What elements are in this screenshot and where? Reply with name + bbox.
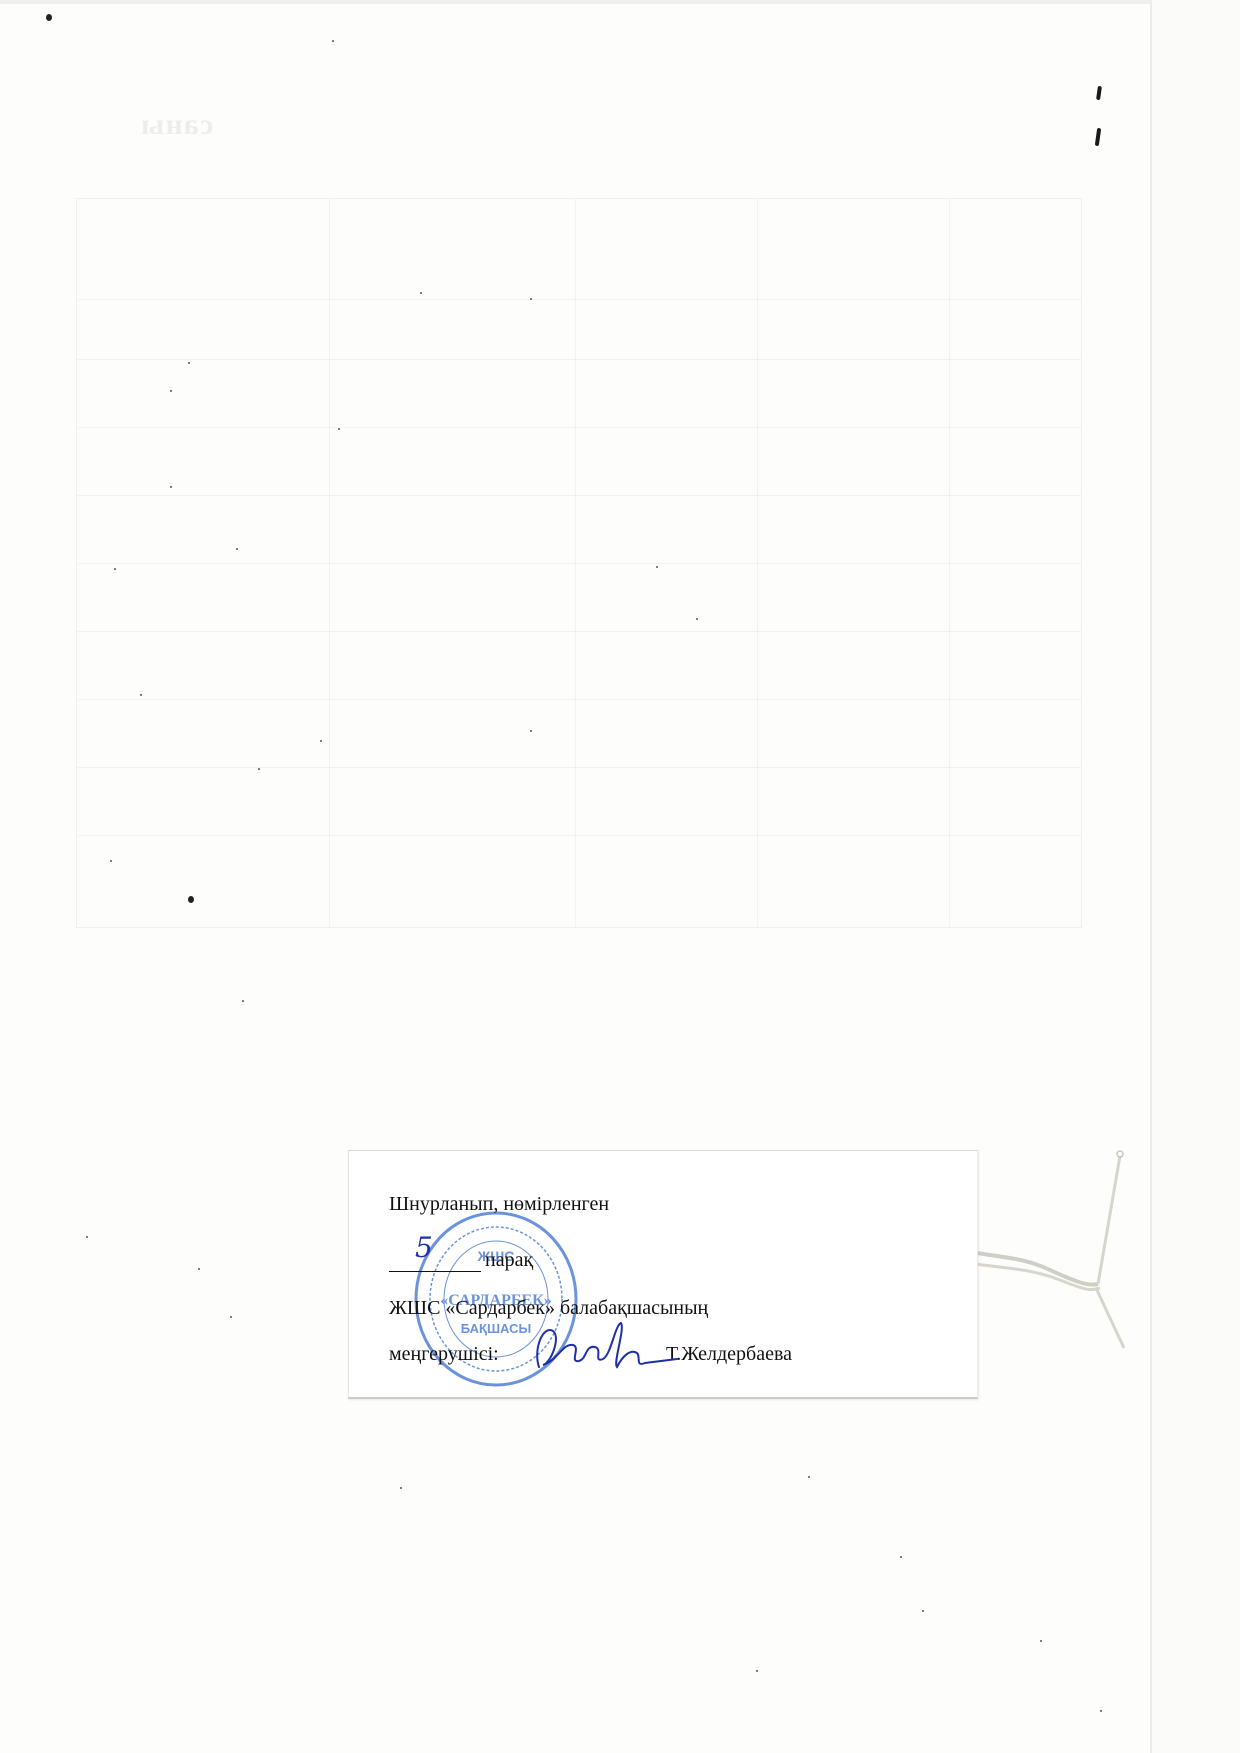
dust-speck bbox=[530, 730, 532, 732]
dust-speck bbox=[808, 1476, 810, 1478]
dust-speck bbox=[338, 428, 340, 430]
dust-speck bbox=[242, 1000, 244, 1002]
bleed-through-table bbox=[76, 198, 1082, 928]
dust-speck bbox=[332, 40, 334, 42]
dust-speck bbox=[320, 740, 322, 742]
dust-speck bbox=[46, 14, 52, 21]
dust-speck bbox=[188, 896, 194, 903]
dust-speck bbox=[900, 1556, 902, 1558]
page-top-edge bbox=[0, 0, 1150, 4]
laced-numbered-text: Шнурланып, нөмірленген bbox=[389, 1193, 609, 1216]
organization-line: ЖШС «Сардарбек» балабақшасының bbox=[389, 1297, 708, 1320]
dust-speck bbox=[922, 1610, 924, 1612]
dust-speck bbox=[258, 768, 260, 770]
dust-speck bbox=[188, 362, 190, 364]
dust-speck bbox=[86, 1236, 88, 1238]
dust-speck bbox=[170, 390, 172, 392]
head-title: меңгерушісі: bbox=[389, 1343, 499, 1365]
dust-speck bbox=[756, 1670, 758, 1672]
dust-speck bbox=[1040, 1640, 1042, 1642]
paper-sheet: саны bbox=[0, 0, 1152, 1753]
sheet-word: парақ bbox=[485, 1249, 533, 1272]
dust-speck bbox=[420, 292, 422, 294]
lacing-certification-label: ЖШС «САРДАРБЕК» БАҚШАСЫ Шнурланып, нөмір… bbox=[348, 1150, 978, 1399]
dust-speck bbox=[140, 694, 142, 696]
handwritten-sheet-count: 5 bbox=[415, 1231, 433, 1264]
dust-speck bbox=[1100, 1710, 1102, 1712]
dust-speck bbox=[110, 860, 112, 862]
dust-speck bbox=[236, 548, 238, 550]
head-signature-line: меңгерушісі: Т.Желдербаева bbox=[389, 1343, 499, 1366]
handwritten-signature bbox=[529, 1319, 679, 1379]
dust-speck bbox=[230, 1316, 232, 1318]
sheet-count-underline bbox=[389, 1271, 481, 1272]
dust-speck bbox=[114, 568, 116, 570]
svg-text:БАҚШАСЫ: БАҚШАСЫ bbox=[461, 1321, 531, 1336]
dust-speck bbox=[656, 566, 658, 568]
binding-hole-mark bbox=[1095, 128, 1101, 146]
dust-speck bbox=[530, 298, 532, 300]
head-name: Т.Желдербаева bbox=[666, 1343, 792, 1366]
dust-speck bbox=[170, 486, 172, 488]
dust-speck bbox=[696, 618, 698, 620]
lacing-string bbox=[960, 1130, 1160, 1370]
bleed-through-title: саны bbox=[140, 108, 213, 142]
binding-hole-mark bbox=[1096, 86, 1102, 100]
dust-speck bbox=[400, 1487, 402, 1489]
dust-speck bbox=[198, 1268, 200, 1270]
